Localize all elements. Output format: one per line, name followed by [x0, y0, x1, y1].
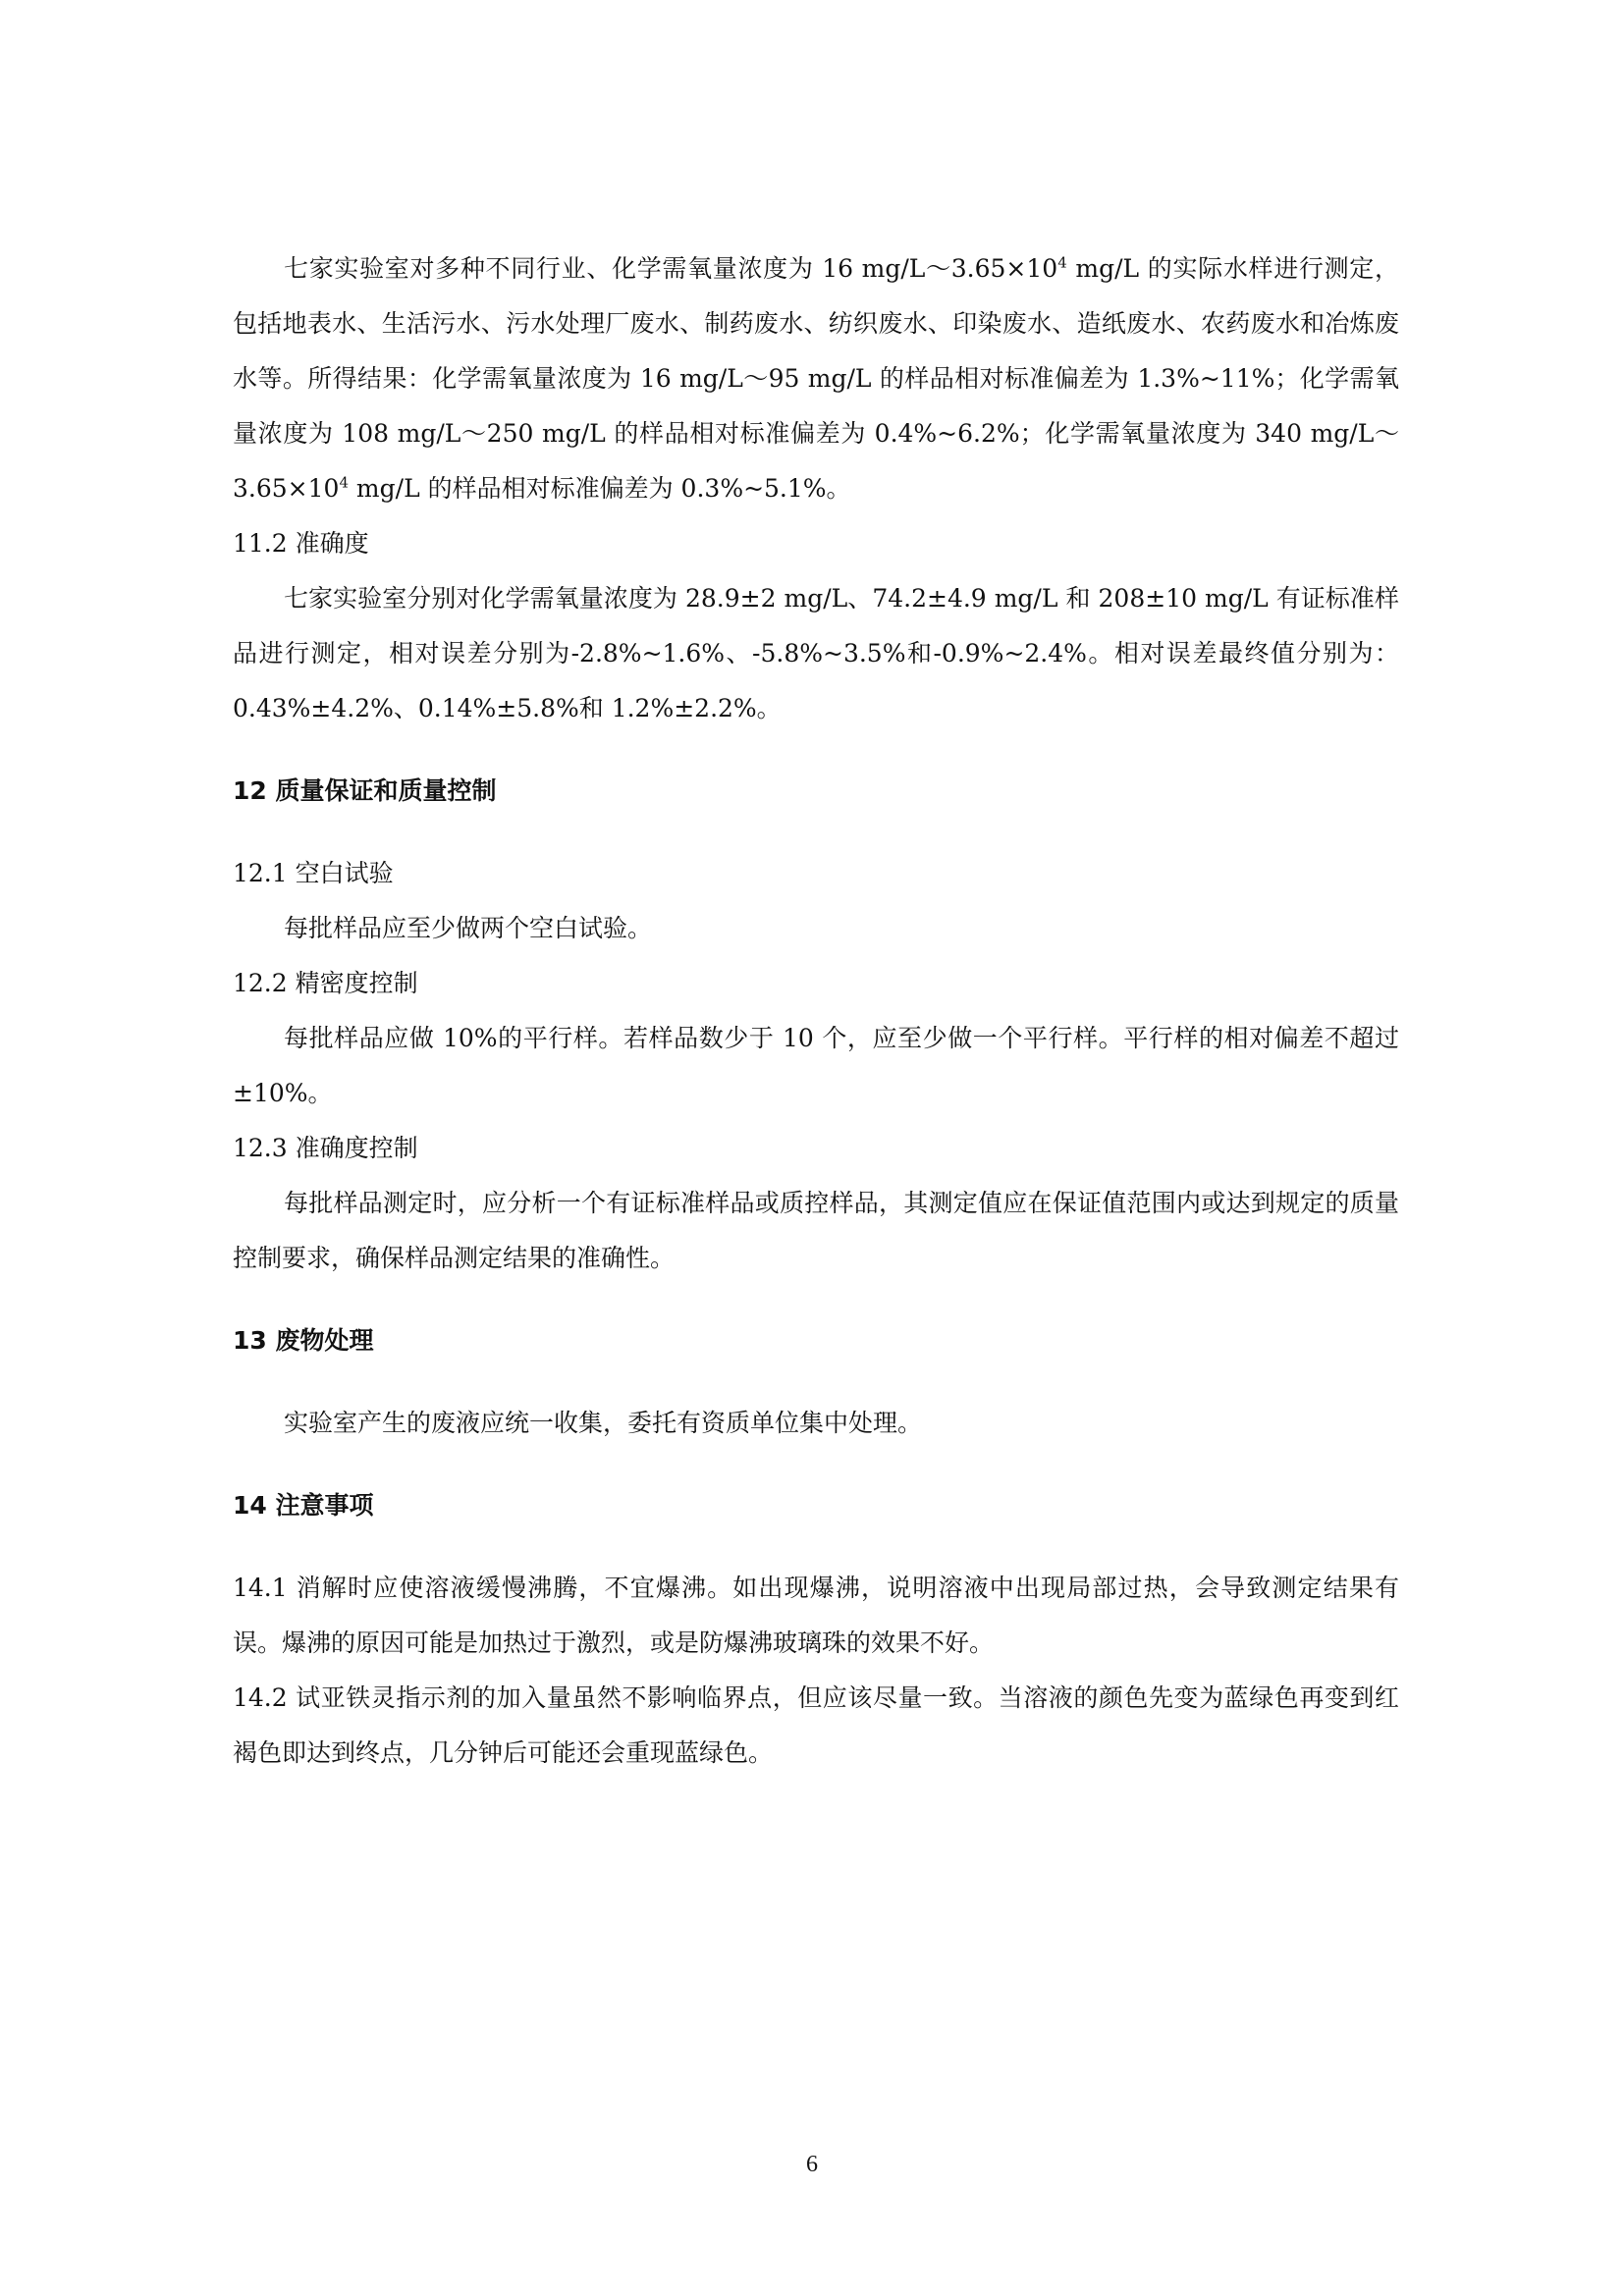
- section-heading-13: 13 废物处理: [233, 1313, 1399, 1368]
- superscript: 4: [1057, 254, 1067, 272]
- page-number: 6: [0, 2152, 1624, 2178]
- superscript: 4: [339, 474, 349, 492]
- section-heading-12-1: 12.1 空白试验: [233, 846, 1399, 901]
- text-run: 七家实验室对多种不同行业、化学需氧量浓度为 16 mg/L～3.65×10: [284, 254, 1057, 283]
- section-heading-12: 12 质量保证和质量控制: [233, 764, 1399, 819]
- text-run: mg/L 的样品相对标准偏差为 0.3%~5.1%。: [349, 474, 851, 503]
- precision-control-paragraph: 每批样品应做 10%的平行样。若样品数少于 10 个，应至少做一个平行样。平行样…: [233, 1011, 1399, 1121]
- section-heading-11-2: 11.2 准确度: [233, 516, 1399, 571]
- note-item-14-1: 14.1 消解时应使溶液缓慢沸腾，不宜爆沸。如出现爆沸，说明溶液中出现局部过热，…: [233, 1561, 1399, 1671]
- blank-test-paragraph: 每批样品应至少做两个空白试验。: [233, 901, 1399, 956]
- accuracy-control-paragraph: 每批样品测定时，应分析一个有证标准样品或质控样品，其测定值应在保证值范围内或达到…: [233, 1176, 1399, 1286]
- section-heading-14: 14 注意事项: [233, 1478, 1399, 1533]
- section-heading-12-2: 12.2 精密度控制: [233, 956, 1399, 1011]
- text-run: mg/L 的实际水样进行测定，包括地表水、生活污水、污水处理厂废水、制药废水、纺…: [233, 254, 1399, 503]
- accuracy-paragraph: 七家实验室分别对化学需氧量浓度为 28.9±2 mg/L、74.2±4.9 mg…: [233, 571, 1399, 736]
- section-heading-12-3: 12.3 准确度控制: [233, 1121, 1399, 1176]
- document-page: 七家实验室对多种不同行业、化学需氧量浓度为 16 mg/L～3.65×104 m…: [233, 241, 1399, 1781]
- waste-paragraph: 实验室产生的废液应统一收集，委托有资质单位集中处理。: [233, 1396, 1399, 1451]
- note-item-14-2: 14.2 试亚铁灵指示剂的加入量虽然不影响临界点，但应该尽量一致。当溶液的颜色先…: [233, 1671, 1399, 1781]
- precision-paragraph: 七家实验室对多种不同行业、化学需氧量浓度为 16 mg/L～3.65×104 m…: [233, 241, 1399, 516]
